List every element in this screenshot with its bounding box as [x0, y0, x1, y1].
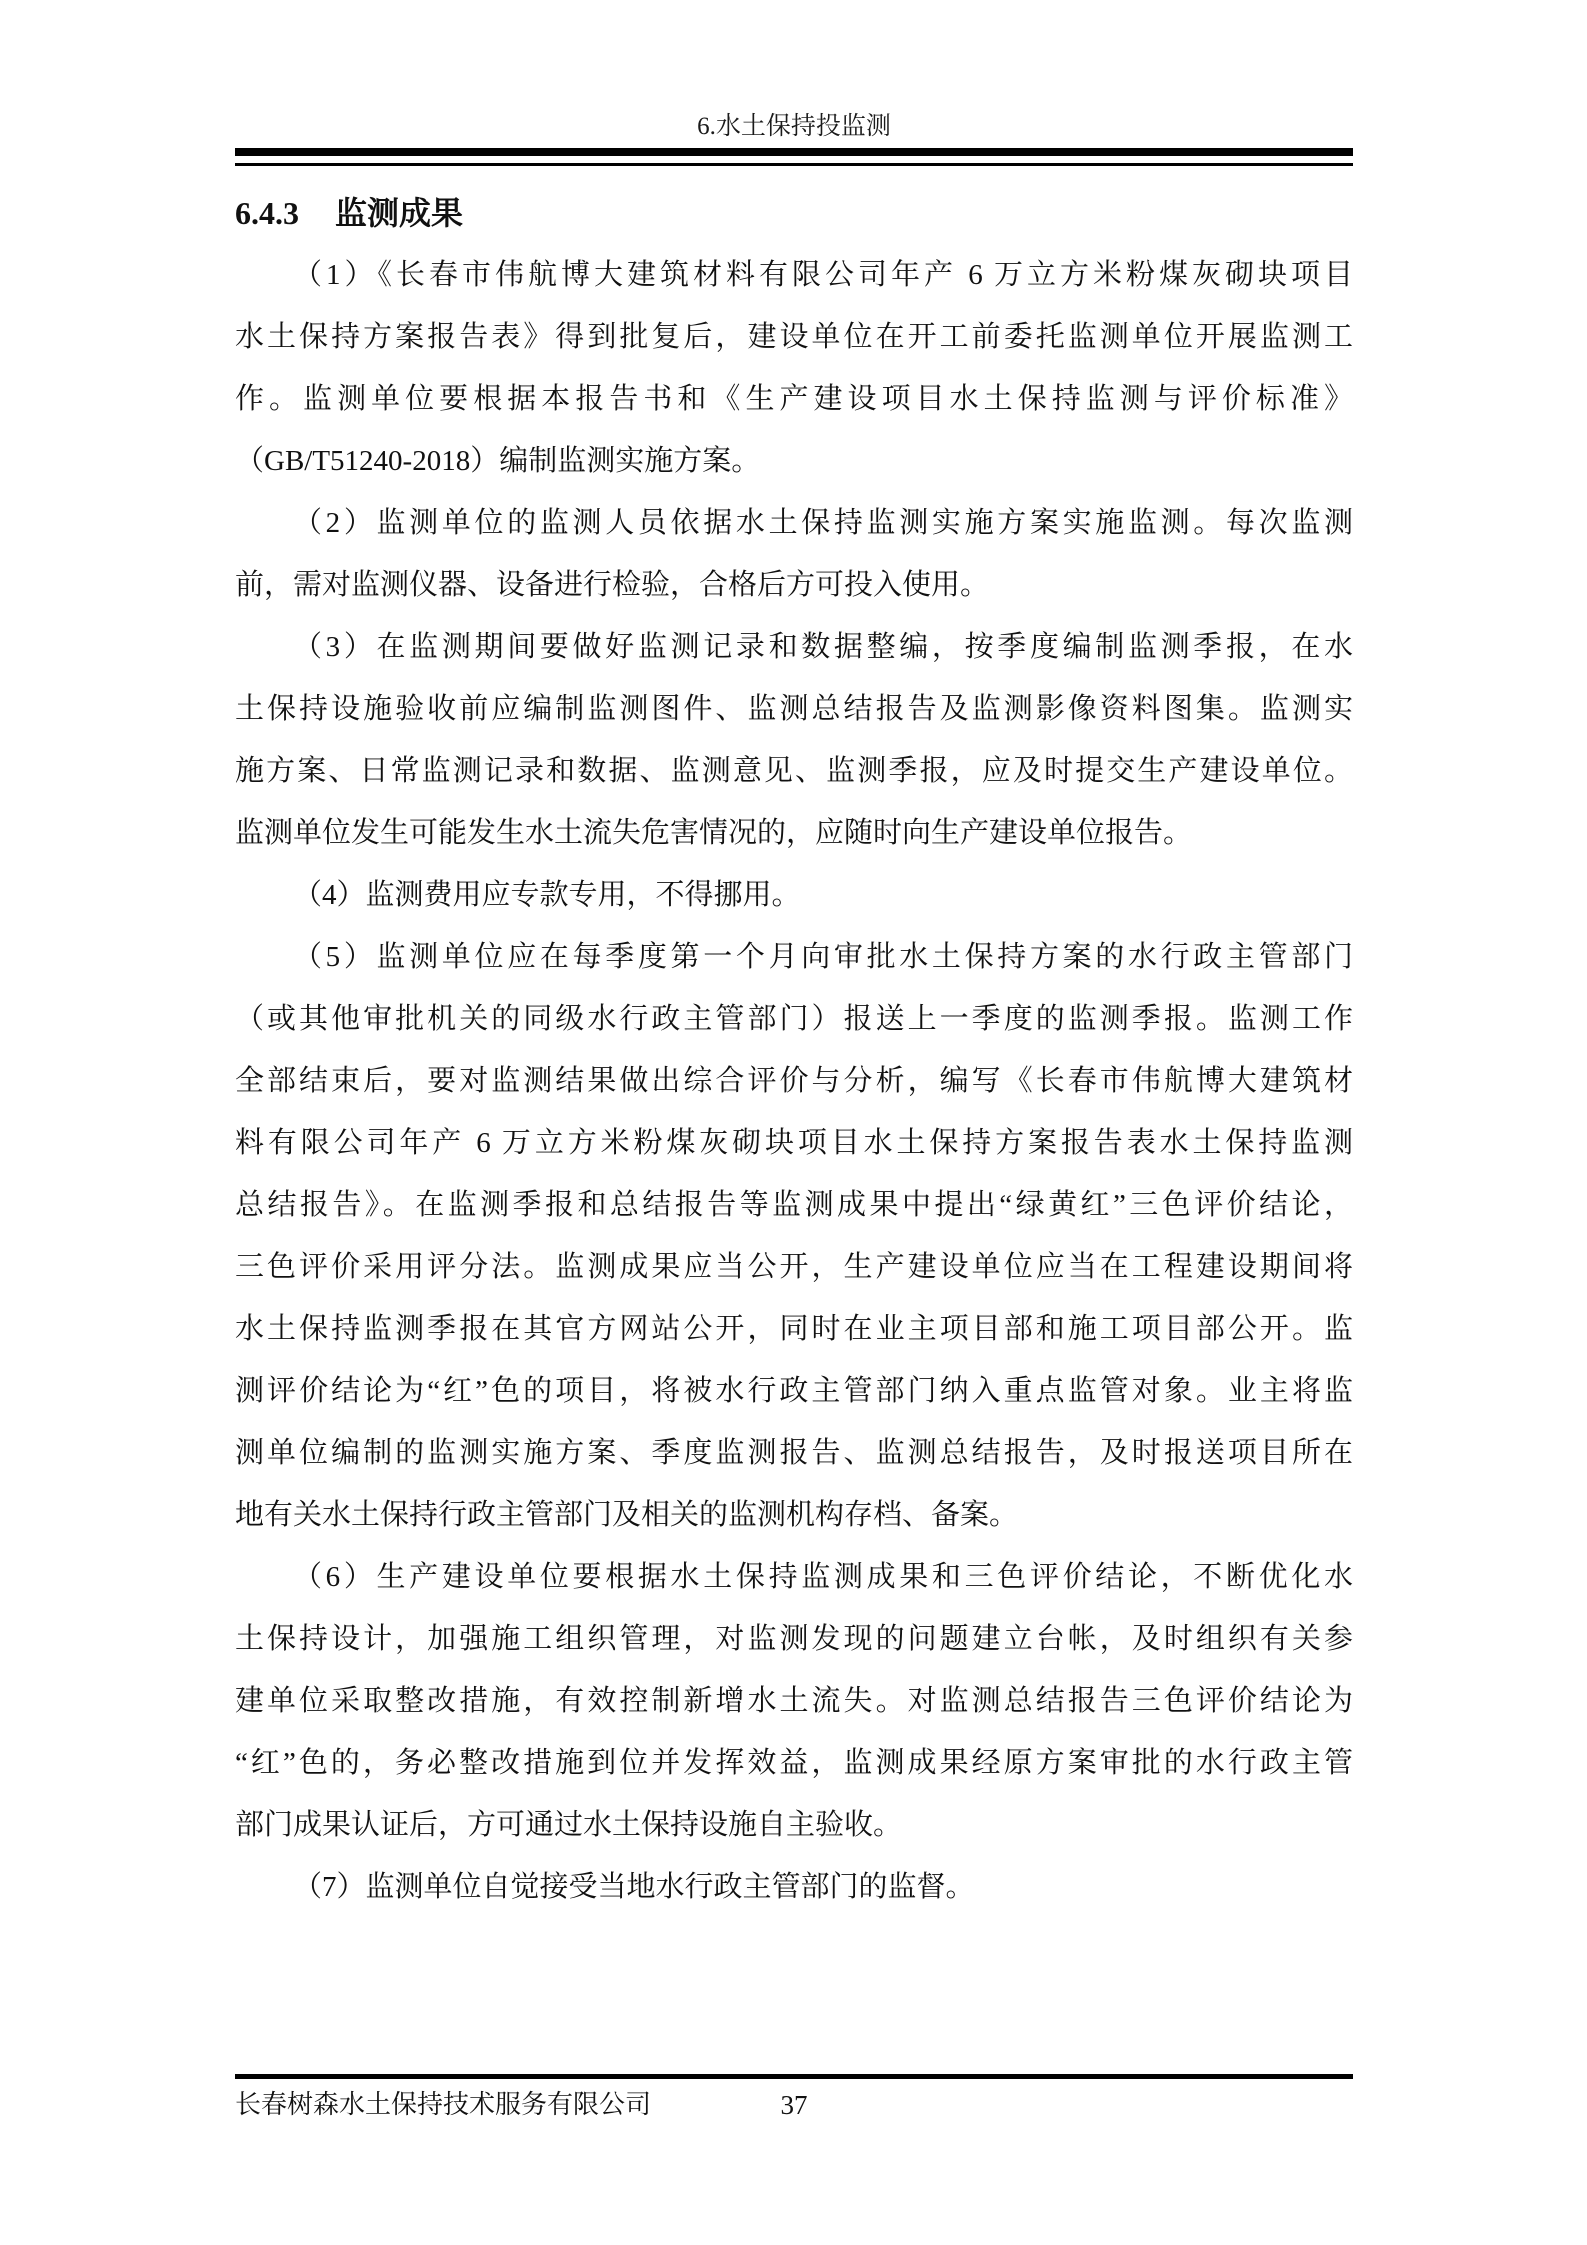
page-footer: 长春树森水土保持技术服务有限公司 37 [235, 2082, 1353, 2128]
section-heading: 6.4.3监测成果 [235, 182, 1353, 244]
body-line: 总结报告》。在监测季报和总结报告等监测成果中提出“绿黄红”三色评价结论， [235, 1174, 1353, 1236]
body-line: 建单位采取整改措施，有效控制新增水土流失。对监测总结报告三色评价结论为 [235, 1670, 1353, 1732]
header-rule-thin [235, 163, 1353, 166]
body-line: 作。监测单位要根据本报告书和《生产建设项目水土保持监测与评价标准》 [235, 368, 1353, 430]
body-line: 全部结束后，要对监测结果做出综合评价与分析，编写《长春市伟航博大建筑材 [235, 1050, 1353, 1112]
body-line: 水土保持监测季报在其官方网站公开，同时在业主项目部和施工项目部公开。监 [235, 1298, 1353, 1360]
section-title: 监测成果 [335, 195, 463, 231]
body-line: （2）监测单位的监测人员依据水土保持监测实施方案实施监测。每次监测 [235, 492, 1353, 554]
body-line: 测单位编制的监测实施方案、季度监测报告、监测总结报告，及时报送项目所在 [235, 1422, 1353, 1484]
body-line: 土保持设计，加强施工组织管理，对监测发现的问题建立台帐，及时组织有关参 [235, 1608, 1353, 1670]
body-text-block: 6.4.3监测成果 （1）《长春市伟航博大建筑材料有限公司年产 6 万立方米粉煤… [235, 182, 1353, 1918]
body-line: （4）监测费用应专款专用，不得挪用。 [235, 864, 1353, 926]
running-header-title: 6.水土保持投监测 [235, 100, 1353, 154]
body-line: 地有关水土保持行政主管部门及相关的监测机构存档、备案。 [235, 1484, 1353, 1546]
footer-rule [235, 2074, 1353, 2079]
body-line: 测评价结论为“红”色的项目，将被水行政主管部门纳入重点监管对象。业主将监 [235, 1360, 1353, 1422]
body-line: （6）生产建设单位要根据水土保持监测成果和三色评价结论，不断优化水 [235, 1546, 1353, 1608]
body-line: 前，需对监测仪器、设备进行检验，合格后方可投入使用。 [235, 554, 1353, 616]
body-line: （1）《长春市伟航博大建筑材料有限公司年产 6 万立方米粉煤灰砌块项目 [235, 244, 1353, 306]
body-line: （7）监测单位自觉接受当地水行政主管部门的监督。 [235, 1856, 1353, 1918]
body-line: （5）监测单位应在每季度第一个月向审批水土保持方案的水行政主管部门 [235, 926, 1353, 988]
document-page: 6.水土保持投监测 6.4.3监测成果 （1）《长春市伟航博大建筑材料有限公司年… [0, 0, 1587, 2245]
body-line: 施方案、日常监测记录和数据、监测意见、监测季报，应及时提交生产建设单位。 [235, 740, 1353, 802]
section-number: 6.4.3 [235, 195, 299, 231]
body-line: （GB/T51240-2018）编制监测实施方案。 [235, 430, 1353, 492]
body-line: 料有限公司年产 6 万立方米粉煤灰砌块项目水土保持方案报告表水土保持监测 [235, 1112, 1353, 1174]
body-line: 监测单位发生可能发生水土流失危害情况的，应随时向生产建设单位报告。 [235, 802, 1353, 864]
body-line: 土保持设施验收前应编制监测图件、监测总结报告及监测影像资料图集。监测实 [235, 678, 1353, 740]
page-number: 37 [235, 2082, 1353, 2128]
body-line: （或其他审批机关的同级水行政主管部门）报送上一季度的监测季报。监测工作 [235, 988, 1353, 1050]
body-line: （3）在监测期间要做好监测记录和数据整编，按季度编制监测季报，在水 [235, 616, 1353, 678]
body-line: 三色评价采用评分法。监测成果应当公开，生产建设单位应当在工程建设期间将 [235, 1236, 1353, 1298]
body-line: 水土保持方案报告表》得到批复后，建设单位在开工前委托监测单位开展监测工 [235, 306, 1353, 368]
body-line: “红”色的，务必整改措施到位并发挥效益，监测成果经原方案审批的水行政主管 [235, 1732, 1353, 1794]
header-rule-thick [235, 148, 1353, 156]
body-line: 部门成果认证后，方可通过水土保持设施自主验收。 [235, 1794, 1353, 1856]
